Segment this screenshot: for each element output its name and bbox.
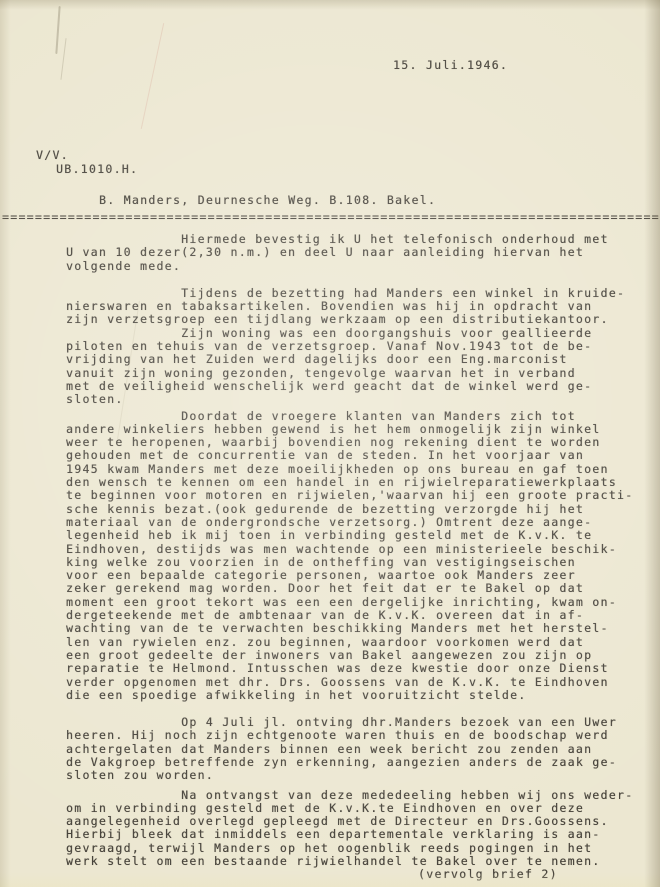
paragraph-followup-kvk: Na ontvangst van deze mededeeling hebben… (66, 789, 660, 869)
letter-body: Hiermede bevestig ik U het telefonisch o… (66, 233, 660, 882)
paragraph-resistance-house: Zijn woning was een doorgangshuis voor g… (66, 327, 660, 407)
pencil-mark (60, 38, 66, 80)
letter-page: 15. Juli.1946. V/V. UB.1010.H. B. Mander… (0, 0, 660, 887)
separator-rule: ========================================… (2, 210, 660, 224)
letter-date: 15. Juli.1946. (393, 58, 508, 72)
reference-code-line2: UB.1010.H. (56, 162, 138, 176)
paragraph-confirmation: Hiermede bevestig ik U het telefonisch o… (66, 233, 660, 273)
paragraph-visit-4-july: Op 4 Juli jl. ontving dhr.Manders bezoek… (66, 716, 660, 782)
scan-scratch (141, 23, 164, 129)
paragraph-bicycle-workshop: Doordat de vroegere klanten van Manders … (66, 410, 660, 703)
addressee-line: B. Manders, Deurnesche Weg. B.108. Bakel… (99, 193, 436, 207)
paragraph-occupation-shop: Tijdens de bezetting had Manders een win… (66, 287, 660, 327)
pencil-mark (55, 6, 60, 54)
reference-code-line1: V/V. (36, 148, 69, 162)
continuation-note: (vervolg brief 2) (418, 868, 660, 881)
